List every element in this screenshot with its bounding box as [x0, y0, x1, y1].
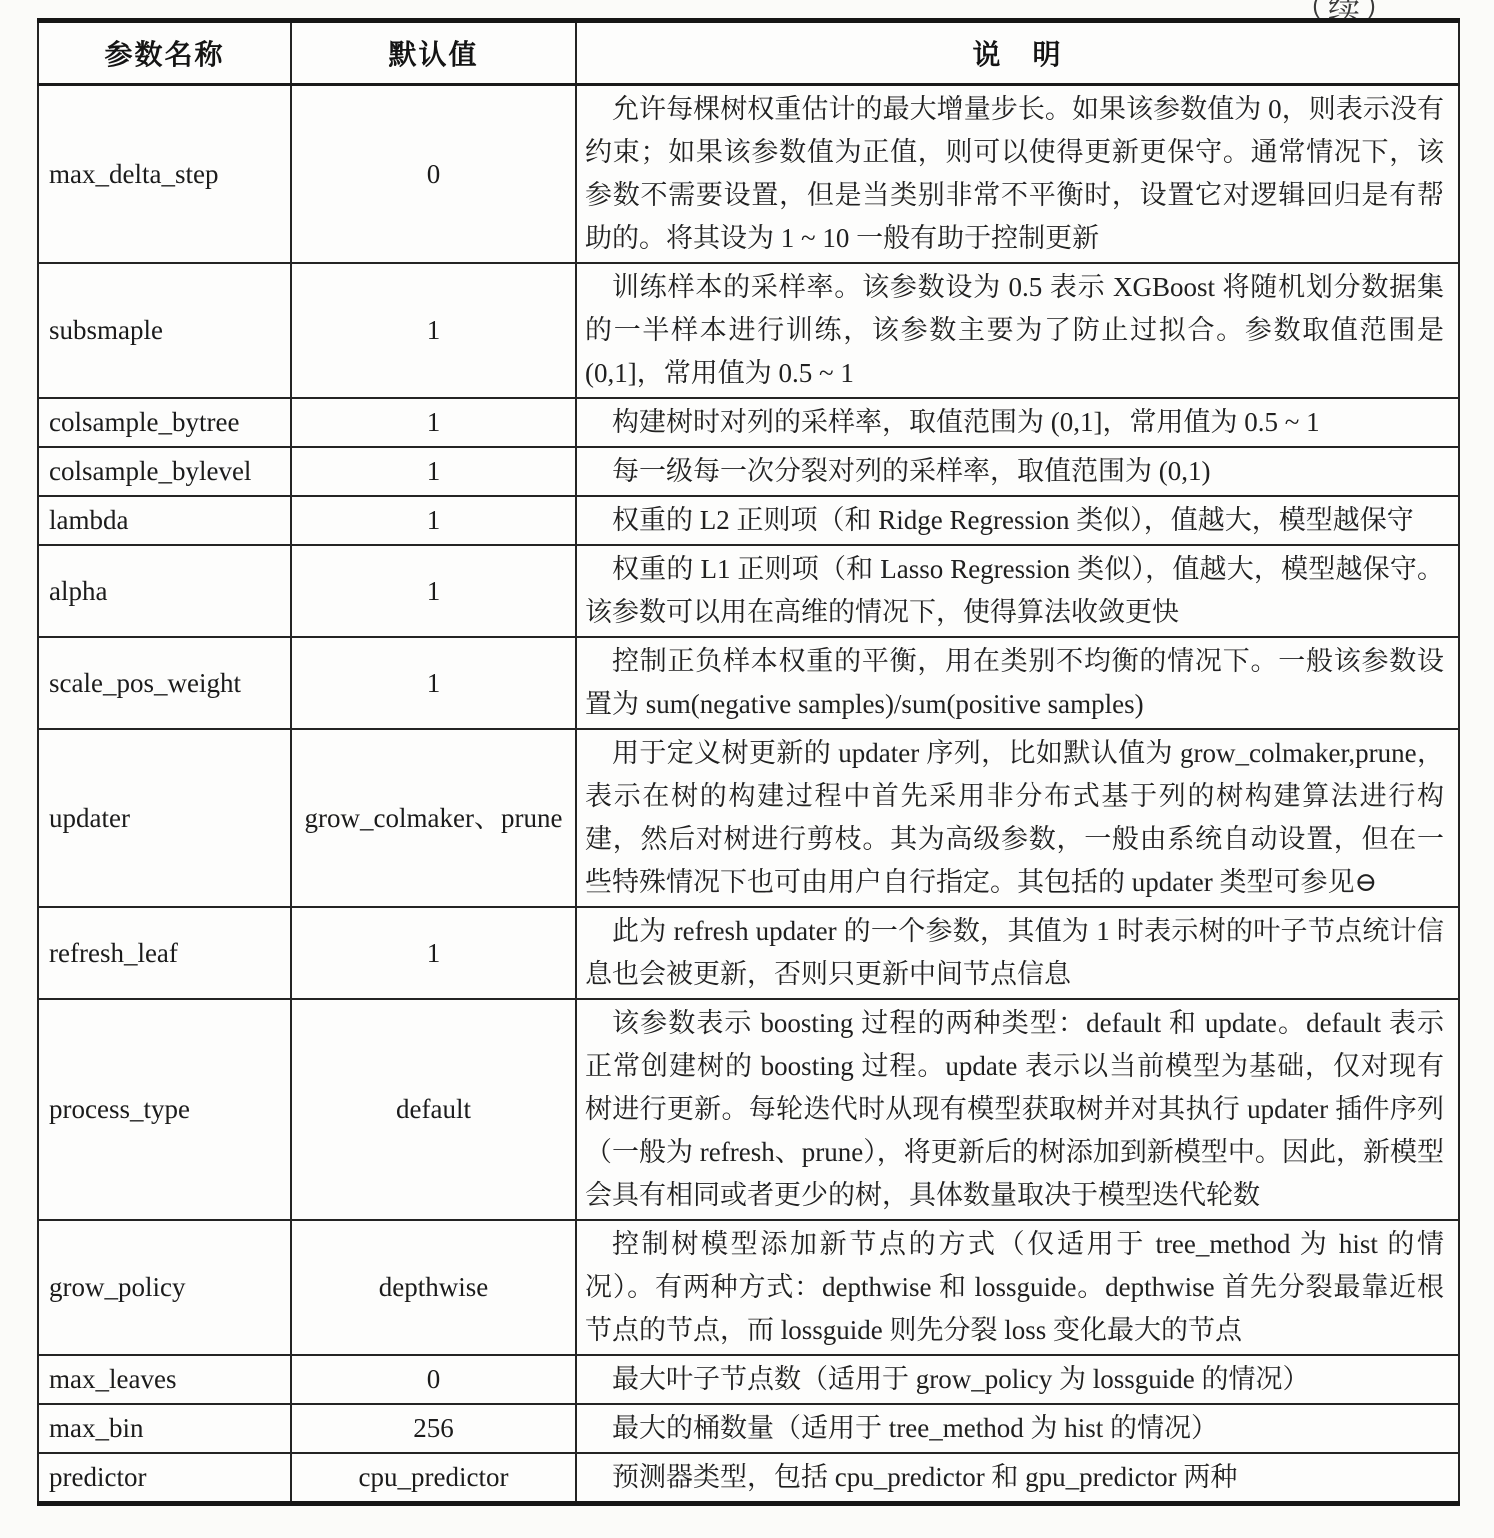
default-value: default: [291, 999, 576, 1220]
default-value: 0: [291, 85, 576, 264]
table-row: colsample_bytree 1 构建树时对列的采样率，取值范围为 (0,1…: [38, 398, 1459, 447]
param-name: max_bin: [38, 1404, 291, 1453]
table-row: lambda 1 权重的 L2 正则项（和 Ridge Regression 类…: [38, 496, 1459, 545]
param-name: max_leaves: [38, 1355, 291, 1404]
table-row: max_delta_step 0 允许每棵树权重估计的最大增量步长。如果该参数值…: [38, 85, 1459, 264]
default-value: 1: [291, 907, 576, 999]
table-row: alpha 1 权重的 L1 正则项（和 Lasso Regression 类似…: [38, 545, 1459, 637]
default-value: 1: [291, 545, 576, 637]
param-name: max_delta_step: [38, 85, 291, 264]
default-value: 1: [291, 447, 576, 496]
param-description: 权重的 L1 正则项（和 Lasso Regression 类似），值越大，模型…: [576, 545, 1459, 637]
param-description: 此为 refresh updater 的一个参数，其值为 1 时表示树的叶子节点…: [576, 907, 1459, 999]
default-value: grow_colmaker、prune: [291, 729, 576, 907]
table-row: predictor cpu_predictor 预测器类型，包括 cpu_pre…: [38, 1453, 1459, 1504]
param-description: 最大的桶数量（适用于 tree_method 为 hist 的情况）: [576, 1404, 1459, 1453]
param-name: subsmaple: [38, 263, 291, 398]
param-description: 用于定义树更新的 updater 序列，比如默认值为 grow_colmaker…: [576, 729, 1459, 907]
table-row: max_leaves 0 最大叶子节点数（适用于 grow_policy 为 l…: [38, 1355, 1459, 1404]
param-name: process_type: [38, 999, 291, 1220]
param-name: colsample_bylevel: [38, 447, 291, 496]
table-row: subsmaple 1 训练样本的采样率。该参数设为 0.5 表示 XGBoos…: [38, 263, 1459, 398]
param-description: 最大叶子节点数（适用于 grow_policy 为 lossguide 的情况）: [576, 1355, 1459, 1404]
table-row: process_type default 该参数表示 boosting 过程的两…: [38, 999, 1459, 1220]
default-value: depthwise: [291, 1220, 576, 1355]
table-header-row: 参数名称 默认值 说 明: [38, 21, 1459, 85]
column-header-param-name: 参数名称: [38, 21, 291, 85]
column-header-default-value: 默认值: [291, 21, 576, 85]
table-row: colsample_bylevel 1 每一级每一次分裂对列的采样率，取值范围为…: [38, 447, 1459, 496]
table-row: max_bin 256 最大的桶数量（适用于 tree_method 为 his…: [38, 1404, 1459, 1453]
param-name: grow_policy: [38, 1220, 291, 1355]
param-description: 训练样本的采样率。该参数设为 0.5 表示 XGBoost 将随机划分数据集的一…: [576, 263, 1459, 398]
param-name: updater: [38, 729, 291, 907]
param-name: scale_pos_weight: [38, 637, 291, 729]
param-description: 控制正负样本权重的平衡，用在类别不均衡的情况下。一般该参数设置为 sum(neg…: [576, 637, 1459, 729]
param-description: 权重的 L2 正则项（和 Ridge Regression 类似），值越大，模型…: [576, 496, 1459, 545]
default-value: cpu_predictor: [291, 1453, 576, 1504]
default-value: 1: [291, 263, 576, 398]
scanned-document-page: { "page": { "continued_label": "（续）" }, …: [0, 0, 1494, 1538]
param-name: refresh_leaf: [38, 907, 291, 999]
param-name: alpha: [38, 545, 291, 637]
param-name: predictor: [38, 1453, 291, 1504]
param-description: 允许每棵树权重估计的最大增量步长。如果该参数值为 0，则表示没有约束；如果该参数…: [576, 85, 1459, 264]
column-header-description: 说 明: [576, 21, 1459, 85]
param-description: 预测器类型，包括 cpu_predictor 和 gpu_predictor 两…: [576, 1453, 1459, 1504]
default-value: 256: [291, 1404, 576, 1453]
table-row: updater grow_colmaker、prune 用于定义树更新的 upd…: [38, 729, 1459, 907]
param-description: 控制树模型添加新节点的方式（仅适用于 tree_method 为 hist 的情…: [576, 1220, 1459, 1355]
table-row: grow_policy depthwise 控制树模型添加新节点的方式（仅适用于…: [38, 1220, 1459, 1355]
table-row: scale_pos_weight 1 控制正负样本权重的平衡，用在类别不均衡的情…: [38, 637, 1459, 729]
param-name: colsample_bytree: [38, 398, 291, 447]
default-value: 1: [291, 398, 576, 447]
default-value: 1: [291, 637, 576, 729]
param-description: 每一级每一次分裂对列的采样率，取值范围为 (0,1): [576, 447, 1459, 496]
param-name: lambda: [38, 496, 291, 545]
page-container: （续） 参数名称 默认值 说 明 max_delta_step 0 允许每棵树权…: [0, 0, 1494, 1538]
default-value: 1: [291, 496, 576, 545]
default-value: 0: [291, 1355, 576, 1404]
param-description: 构建树时对列的采样率，取值范围为 (0,1]，常用值为 0.5 ~ 1: [576, 398, 1459, 447]
param-description: 该参数表示 boosting 过程的两种类型：default 和 update。…: [576, 999, 1459, 1220]
table-row: refresh_leaf 1 此为 refresh updater 的一个参数，…: [38, 907, 1459, 999]
parameters-table: 参数名称 默认值 说 明 max_delta_step 0 允许每棵树权重估计的…: [37, 18, 1460, 1506]
